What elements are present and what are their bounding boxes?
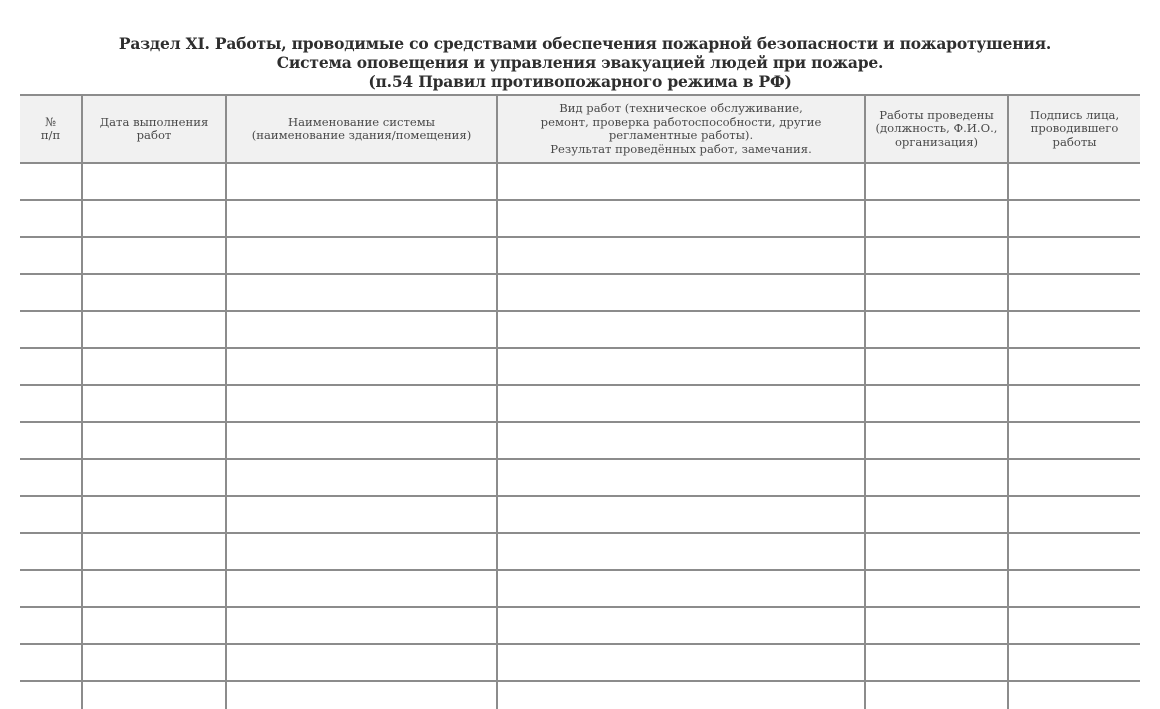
cell-performed-by[interactable] <box>865 459 1008 496</box>
cell-signature[interactable] <box>1008 644 1140 681</box>
cell-performed-by[interactable] <box>865 533 1008 570</box>
table-header-row: № п/п Дата выполнения работ Наименование… <box>20 95 1140 163</box>
table-row <box>20 496 1140 533</box>
cell-performed-by[interactable] <box>865 274 1008 311</box>
cell-performed-by[interactable] <box>865 237 1008 274</box>
cell-number[interactable] <box>20 533 82 570</box>
cell-date[interactable] <box>82 163 226 200</box>
table-row <box>20 644 1140 681</box>
cell-signature[interactable] <box>1008 422 1140 459</box>
cell-work-type[interactable] <box>497 459 865 496</box>
cell-number[interactable] <box>20 496 82 533</box>
cell-system-name[interactable] <box>226 644 497 681</box>
header-signature: Подпись лица, проводившего работы <box>1008 95 1140 163</box>
cell-signature[interactable] <box>1008 163 1140 200</box>
table-row <box>20 237 1140 274</box>
header-performed-by: Работы проведены (должность, Ф.И.О., орг… <box>865 95 1008 163</box>
cell-number[interactable] <box>20 163 82 200</box>
cell-signature[interactable] <box>1008 607 1140 644</box>
cell-system-name[interactable] <box>226 533 497 570</box>
cell-work-type[interactable] <box>497 607 865 644</box>
cell-system-name[interactable] <box>226 200 497 237</box>
cell-work-type[interactable] <box>497 533 865 570</box>
cell-work-type[interactable] <box>497 348 865 385</box>
cell-work-type[interactable] <box>497 496 865 533</box>
table-row <box>20 163 1140 200</box>
cell-system-name[interactable] <box>226 570 497 607</box>
cell-number[interactable] <box>20 607 82 644</box>
cell-signature[interactable] <box>1008 348 1140 385</box>
cell-system-name[interactable] <box>226 274 497 311</box>
cell-system-name[interactable] <box>226 496 497 533</box>
cell-date[interactable] <box>82 422 226 459</box>
section-title: Раздел XI. Работы, проводимые со средств… <box>0 34 1160 91</box>
cell-system-name[interactable] <box>226 385 497 422</box>
table-row <box>20 607 1140 644</box>
cell-work-type[interactable] <box>497 681 865 709</box>
cell-performed-by[interactable] <box>865 385 1008 422</box>
section-title-line-1: Раздел XI. Работы, проводимые со средств… <box>0 34 1160 53</box>
table-row <box>20 385 1140 422</box>
cell-number[interactable] <box>20 681 82 709</box>
cell-performed-by[interactable] <box>865 348 1008 385</box>
cell-number[interactable] <box>20 200 82 237</box>
header-number: № п/п <box>20 95 82 163</box>
cell-signature[interactable] <box>1008 681 1140 709</box>
header-system-name: Наименование системы (наименование здани… <box>226 95 497 163</box>
cell-performed-by[interactable] <box>865 422 1008 459</box>
cell-signature[interactable] <box>1008 459 1140 496</box>
cell-date[interactable] <box>82 681 226 709</box>
table-row <box>20 311 1140 348</box>
cell-system-name[interactable] <box>226 163 497 200</box>
cell-signature[interactable] <box>1008 533 1140 570</box>
cell-performed-by[interactable] <box>865 200 1008 237</box>
cell-number[interactable] <box>20 385 82 422</box>
cell-signature[interactable] <box>1008 385 1140 422</box>
cell-date[interactable] <box>82 496 226 533</box>
cell-date[interactable] <box>82 385 226 422</box>
cell-work-type[interactable] <box>497 311 865 348</box>
table-row <box>20 200 1140 237</box>
table-row <box>20 681 1140 709</box>
works-log-table: № п/п Дата выполнения работ Наименование… <box>20 94 1140 709</box>
cell-date[interactable] <box>82 274 226 311</box>
cell-signature[interactable] <box>1008 274 1140 311</box>
cell-date[interactable] <box>82 200 226 237</box>
cell-number[interactable] <box>20 348 82 385</box>
cell-performed-by[interactable] <box>865 311 1008 348</box>
cell-performed-by[interactable] <box>865 570 1008 607</box>
cell-date[interactable] <box>82 311 226 348</box>
header-date: Дата выполнения работ <box>82 95 226 163</box>
cell-system-name[interactable] <box>226 237 497 274</box>
cell-date[interactable] <box>82 459 226 496</box>
table-row <box>20 570 1140 607</box>
cell-work-type[interactable] <box>497 163 865 200</box>
table-row <box>20 348 1140 385</box>
cell-system-name[interactable] <box>226 681 497 709</box>
cell-date[interactable] <box>82 607 226 644</box>
cell-work-type[interactable] <box>497 200 865 237</box>
cell-work-type[interactable] <box>497 644 865 681</box>
cell-signature[interactable] <box>1008 200 1140 237</box>
cell-system-name[interactable] <box>226 607 497 644</box>
cell-signature[interactable] <box>1008 237 1140 274</box>
cell-work-type[interactable] <box>497 422 865 459</box>
table-row <box>20 459 1140 496</box>
cell-number[interactable] <box>20 274 82 311</box>
cell-signature[interactable] <box>1008 311 1140 348</box>
cell-work-type[interactable] <box>497 237 865 274</box>
cell-date[interactable] <box>82 644 226 681</box>
header-work-type: Вид работ (техническое обслуживание, рем… <box>497 95 865 163</box>
cell-number[interactable] <box>20 459 82 496</box>
cell-date[interactable] <box>82 348 226 385</box>
cell-number[interactable] <box>20 422 82 459</box>
cell-date[interactable] <box>82 237 226 274</box>
cell-performed-by[interactable] <box>865 644 1008 681</box>
cell-performed-by[interactable] <box>865 496 1008 533</box>
table-row <box>20 274 1140 311</box>
cell-date[interactable] <box>82 533 226 570</box>
cell-work-type[interactable] <box>497 274 865 311</box>
cell-signature[interactable] <box>1008 570 1140 607</box>
table-row <box>20 422 1140 459</box>
section-title-line-3: (п.54 Правил противопожарного режима в Р… <box>0 72 1160 91</box>
cell-number[interactable] <box>20 570 82 607</box>
cell-date[interactable] <box>82 570 226 607</box>
cell-number[interactable] <box>20 237 82 274</box>
table-body <box>20 163 1140 709</box>
cell-system-name[interactable] <box>226 348 497 385</box>
cell-system-name[interactable] <box>226 422 497 459</box>
cell-performed-by[interactable] <box>865 681 1008 709</box>
section-title-line-2: Система оповещения и управления эвакуаци… <box>0 53 1160 72</box>
cell-work-type[interactable] <box>497 385 865 422</box>
cell-number[interactable] <box>20 311 82 348</box>
cell-system-name[interactable] <box>226 459 497 496</box>
cell-signature[interactable] <box>1008 496 1140 533</box>
cell-system-name[interactable] <box>226 311 497 348</box>
cell-work-type[interactable] <box>497 570 865 607</box>
cell-performed-by[interactable] <box>865 607 1008 644</box>
cell-number[interactable] <box>20 644 82 681</box>
table-row <box>20 533 1140 570</box>
cell-performed-by[interactable] <box>865 163 1008 200</box>
